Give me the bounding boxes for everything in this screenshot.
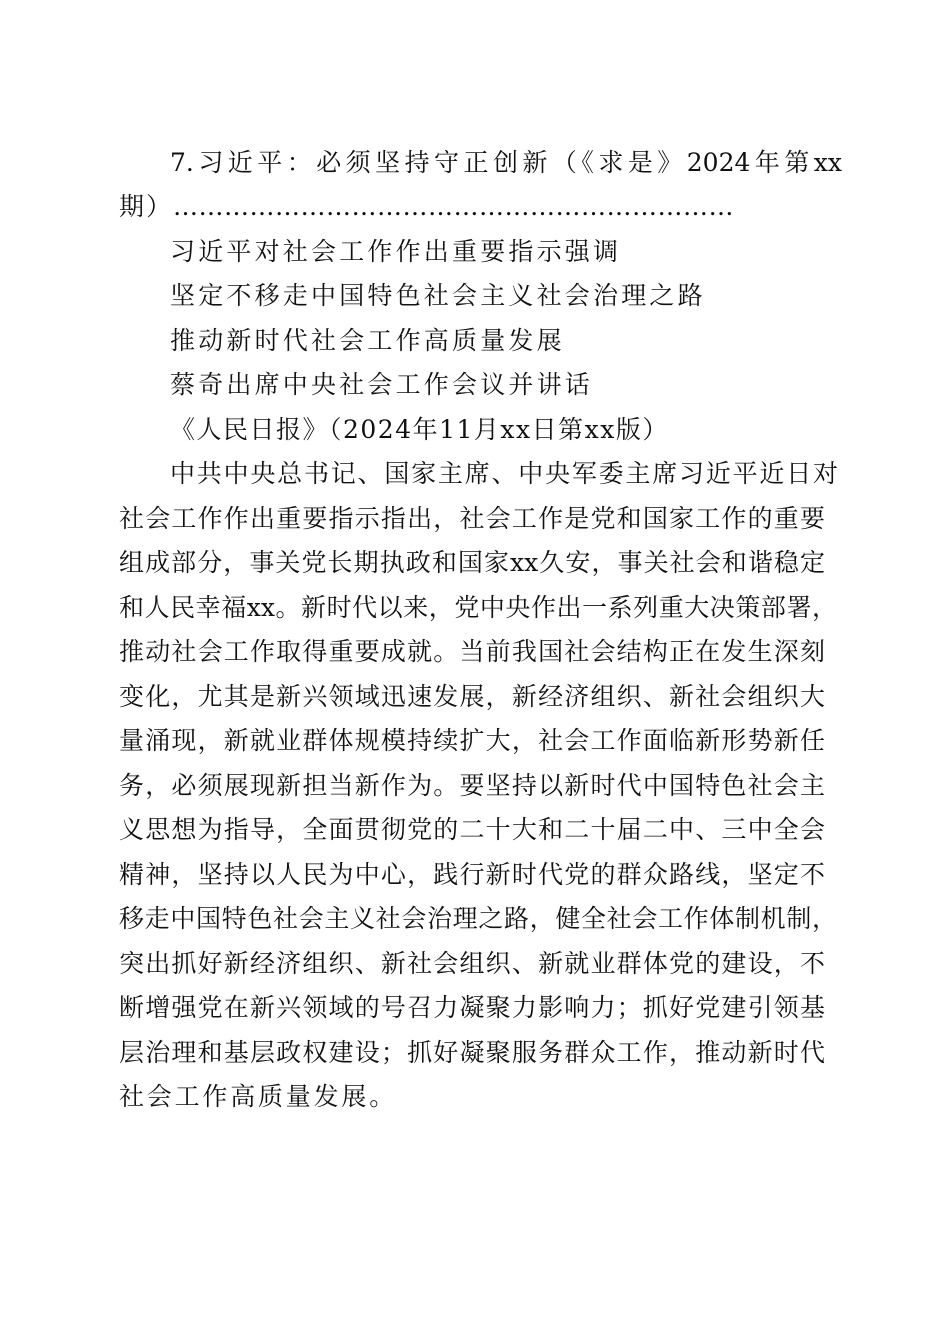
document-page: 7.习近平：必须坚持守正创新（《求是》2024年第xx 期）……………………………	[0, 0, 950, 1344]
body-line-10: 精神，坚持以人民为中心，践行新时代党的群众路线，坚定不	[119, 860, 825, 890]
body-line-7: 量涌现，新就业群体规模持续扩大，社会工作面临新形势新任	[119, 726, 825, 756]
subtitle-4: 蔡奇出席中央社会工作会议并讲话	[170, 370, 593, 400]
body-line-12: 突出抓好新经济组织、新社会组织、新就业群体党的建设，不	[119, 949, 825, 979]
body-line-2: 社会工作作出重要指示指出，社会工作是党和国家工作的重要	[119, 504, 825, 534]
subtitle-1: 习近平对社会工作作出重要指示强调	[170, 237, 621, 267]
heading-line-2: 期）…………………………………………………………	[119, 192, 734, 222]
body-line-13: 断增强党在新兴领域的号召力凝聚力影响力；抓好党建引领基	[119, 993, 825, 1023]
leader-dots: …………………………………………………………	[173, 192, 734, 221]
source-line: 《人民日报》（2024年11月xx日第xx版）	[170, 415, 669, 445]
subtitle-2: 坚定不移走中国特色社会主义社会治理之路	[170, 281, 706, 311]
body-line-9: 义思想为指导，全面贯彻党的二十大和二十届二中、三中全会	[119, 815, 825, 845]
body-line-5: 推动社会工作取得重要成就。当前我国社会结构正在发生深刻	[119, 637, 825, 667]
subtitle-3: 推动新时代社会工作高质量发展	[170, 326, 565, 356]
body-line-14: 层治理和基层政权建设；抓好凝聚服务群众工作，推动新时代	[119, 1038, 825, 1068]
body-line-11: 移走中国特色社会主义社会治理之路，健全社会工作体制机制，	[119, 904, 837, 934]
heading-line-1: 7.习近平：必须坚持守正创新（《求是》2024年第xx	[170, 148, 842, 178]
body-line-8: 务，必须展现新担当新作为。要坚持以新时代中国特色社会主	[119, 771, 825, 801]
heading-line-2-prefix: 期）	[119, 192, 173, 221]
body-line-15: 社会工作高质量发展。	[119, 1082, 397, 1112]
body-line-6: 变化，尤其是新兴领域迅速发展，新经济组织、新社会组织大	[119, 682, 825, 712]
body-line-1: 中共中央总书记、国家主席、中央军委主席习近平近日对	[170, 459, 838, 489]
body-line-3: 组成部分，事关党长期执政和国家xx久安，事关社会和谐稳定	[119, 548, 825, 578]
body-line-4: 和人民幸福xx。新时代以来，党中央作出一系列重大决策部署，	[119, 593, 837, 623]
